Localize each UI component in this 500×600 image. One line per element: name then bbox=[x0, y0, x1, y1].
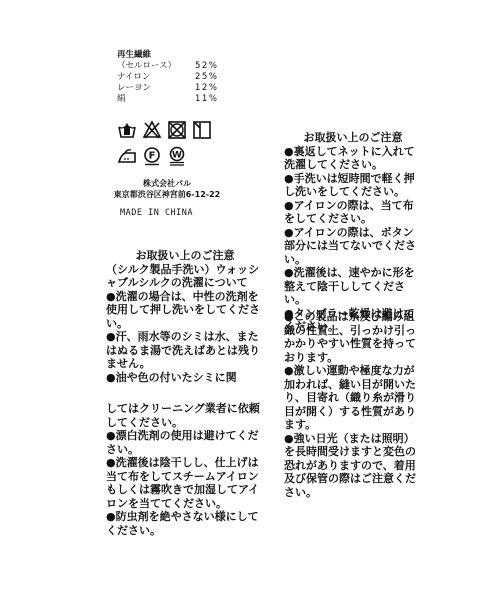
care-line: ●裏返してネットに入れて洗濯してください。 bbox=[284, 145, 422, 172]
care-line: ●油や色の付いたシミに関 bbox=[106, 371, 264, 385]
care-line: ●激しい運動や極度な力が加われば、縫い目が開いたり、目寄れ（織り糸が滑り目が開く… bbox=[284, 364, 422, 432]
svg-text:F: F bbox=[149, 151, 156, 162]
care-line: ●洗濯の場合は、中性の洗剤を使用して押し洗いをしてください。 bbox=[106, 290, 264, 331]
fiber-pct: 25% bbox=[195, 72, 218, 83]
care-notes-silk-continued: してはクリーニング業者に依頼してください。 ●漂白洗剤の使用は避けてください。 … bbox=[106, 402, 264, 537]
care-line: ●手洗いは短時間で軽く押し洗いをしてください。 bbox=[284, 172, 422, 199]
care-symbols-row-2: F W bbox=[117, 146, 222, 168]
care-line: ●漂白洗剤の使用は避けてください。 bbox=[106, 429, 264, 456]
fiber-row: （セルロース） 52% bbox=[117, 61, 227, 72]
fiber-name: ナイロン bbox=[117, 72, 195, 83]
fiber-pct: 12% bbox=[195, 83, 218, 94]
care-notes-fabric: ●この製品は糸及び編み組織の性質上、引っかけ引っかかりやすい性質を持っております… bbox=[284, 310, 422, 499]
no-tumble-dry-icon bbox=[167, 120, 187, 140]
care-line: ●アイロンの際は、ボタン部分には当てないでください。 bbox=[284, 226, 422, 267]
country-of-origin: MADE IN CHINA bbox=[120, 208, 193, 218]
wet-clean-w-icon: W bbox=[167, 146, 187, 166]
fiber-name: （セルロース） bbox=[117, 61, 195, 72]
fiber-row: ナイロン 25% bbox=[117, 72, 227, 83]
company-info: 株式会社パル 東京都渋谷区神宮前6-12-22 bbox=[112, 179, 222, 200]
no-bleach-icon bbox=[142, 120, 162, 140]
care-line: してはクリーニング業者に依頼してください。 bbox=[106, 402, 264, 429]
fiber-row: レーヨン 12% bbox=[117, 83, 227, 94]
company-name: 株式会社パル bbox=[112, 179, 222, 190]
care-line: ●洗濯後は、速やかに形を整えて陰干ししてください。 bbox=[284, 266, 422, 307]
fiber-name: 絹 bbox=[117, 94, 195, 105]
care-line: ●この製品は糸及び編み組織の性質上、引っかけ引っかかりやすい性質を持っております… bbox=[284, 310, 422, 364]
hand-wash-icon bbox=[117, 120, 137, 140]
care-line: ●防虫剤を絶やさない様にしてください。 bbox=[106, 510, 264, 537]
fiber-name: レーヨン bbox=[117, 83, 195, 94]
svg-text:W: W bbox=[172, 151, 182, 161]
care-line: ●アイロンの際は、当て布をしてください。 bbox=[284, 199, 422, 226]
fiber-pct: 11% bbox=[195, 94, 218, 105]
dry-clean-f-icon: F bbox=[142, 146, 162, 166]
care-line: ●洗濯後は陰干しし、仕上げは当て布をしてスチームアイロンもしくは霧吹きで加湿して… bbox=[106, 456, 264, 510]
company-address: 東京都渋谷区神宮前6-12-22 bbox=[112, 190, 222, 201]
care-notes-silk: お取扱い上のご注意 （シルク製品手洗い）ウォッシャブルシルクの洗濯について ●洗… bbox=[106, 249, 264, 384]
care-line: ●強い日光（または照明）を長時間受けますと変色の恐れがありますので、着用及び保管… bbox=[284, 432, 422, 500]
fiber-composition: 再生繊維 （セルロース） 52% ナイロン 25% レーヨン 12% 絹 11% bbox=[117, 50, 227, 105]
care-notes-general: お取扱い上のご注意 ●裏返してネットに入れて洗濯してください。 ●手洗いは短時間… bbox=[284, 131, 422, 334]
care-line: （シルク製品手洗い）ウォッシャブルシルクの洗濯について bbox=[106, 263, 264, 290]
care-title: お取扱い上のご注意 bbox=[284, 131, 422, 145]
line-dry-shade-icon bbox=[192, 120, 212, 140]
care-symbols: F W bbox=[117, 120, 222, 172]
composition-heading: 再生繊維 bbox=[117, 50, 227, 61]
fiber-pct: 52% bbox=[195, 61, 218, 72]
iron-low-icon bbox=[117, 146, 137, 166]
care-symbols-row-1 bbox=[117, 120, 222, 142]
care-title: お取扱い上のご注意 bbox=[106, 249, 264, 263]
care-line: ●汗、雨水等のシミは水、またはぬるま湯で洗えばあとは残りません。 bbox=[106, 330, 264, 371]
fiber-row: 絹 11% bbox=[117, 94, 227, 105]
